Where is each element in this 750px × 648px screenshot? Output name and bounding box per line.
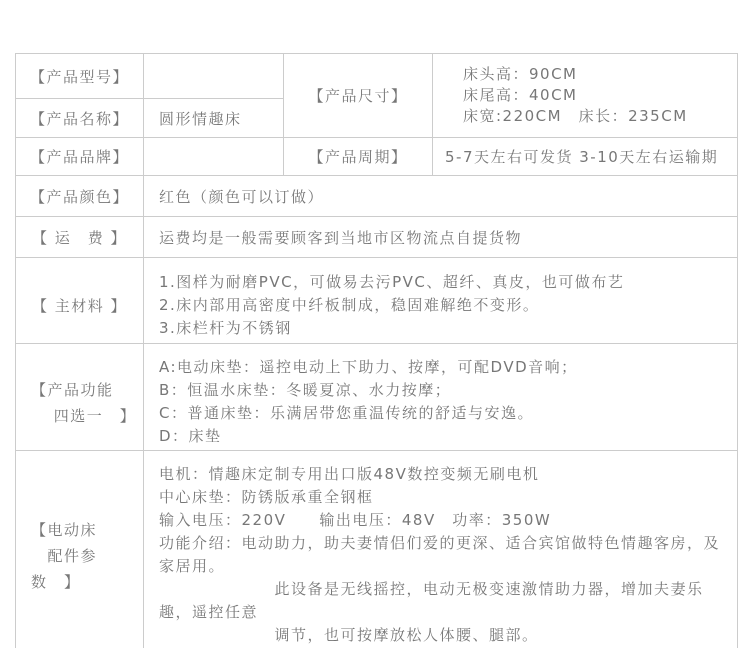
color-value-cell: 红色（颜色可以订做） [144, 176, 738, 217]
function-label-cell: 【产品功能 四选一 】 [16, 344, 144, 451]
material-value-cell: 1.图样为耐磨PVC，可做易去污PVC、超纤、真皮，也可做布艺 2.床内部用高密… [144, 258, 738, 344]
material-label-cell: 【 主材料 】 [16, 258, 144, 344]
model-label-cell: 【产品型号】 [16, 54, 144, 99]
color-label-cell: 【产品颜色】 [16, 176, 144, 217]
product-spec-table: 【产品型号】 【产品尺寸】 床头高：90CM 床尾高：40CM 床宽:220CM… [15, 53, 738, 648]
model-value-cell [144, 54, 284, 99]
size-label-cell: 【产品尺寸】 [284, 54, 433, 138]
cycle-label-cell: 【产品周期】 [284, 138, 433, 176]
brand-label-cell: 【产品品牌】 [16, 138, 144, 176]
freight-label-cell: 【 运 费 】 [16, 217, 144, 258]
name-value-cell: 圆形情趣床 [144, 99, 284, 138]
function-value-cell: A:电动床垫：遥控电动上下助力、按摩，可配DVD音响； B：恒温水床垫：冬暖夏凉… [144, 344, 738, 451]
motor-value-cell: 电机：情趣床定制专用出口版48V数控变频无刷电机 中心床垫：防锈版承重全钢框 输… [144, 451, 738, 648]
motor-label-cell: 【电动床 配件参数 】 [16, 451, 144, 648]
name-label-cell: 【产品名称】 [16, 99, 144, 138]
freight-value-cell: 运费均是一般需要顾客到当地市区物流点自提货物 [144, 217, 738, 258]
size-value-cell: 床头高：90CM 床尾高：40CM 床宽:220CM 床长：235CM [433, 54, 738, 138]
product-spec-page: 【产品型号】 【产品尺寸】 床头高：90CM 床尾高：40CM 床宽:220CM… [0, 0, 750, 648]
cycle-value-cell: 5-7天左右可发货 3-10天左右运输期 [433, 138, 738, 176]
brand-value-cell [144, 138, 284, 176]
